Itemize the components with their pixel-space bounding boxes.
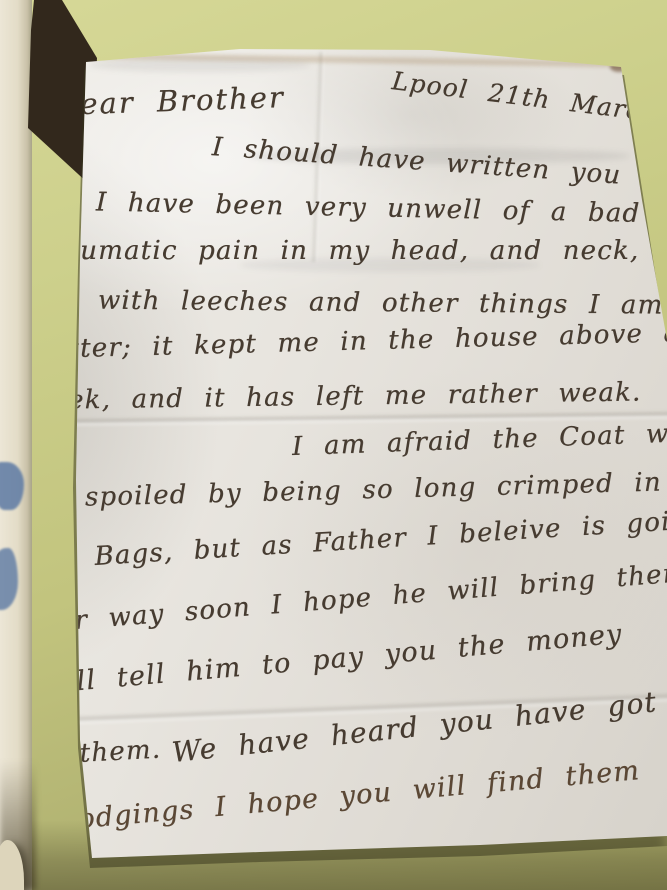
letter-line: new lodgings I hope you will find them <box>0 755 641 843</box>
letter-line: the Bags, but as Father I beleive is goi… <box>27 505 667 576</box>
letter-line: I should have written you before <box>211 132 667 198</box>
letter-line: I am afraid the Coat will <box>291 418 667 462</box>
letter-line: but I have been very unwell of a bad <box>28 186 641 229</box>
ink-showthrough <box>90 58 310 72</box>
letter-dateline: Lpool 21th March 1810 <box>390 66 667 138</box>
letter-line: We have heard you have got <box>170 685 658 769</box>
letter-line: week, and it has left me rather weak. <box>28 377 642 416</box>
browned-corner-spot <box>610 62 628 72</box>
letter-line: for them. <box>17 735 162 772</box>
letter-line: rheumatic pain in my head, and neck, <box>32 236 639 266</box>
letter-paper: Lpool 21th March 1810 Dear Brother I sho… <box>0 0 667 890</box>
letter-line: but with leeches and other things I am <box>30 285 664 321</box>
letter-line: be spoiled by being so long crimped in <box>30 467 662 514</box>
letter-line: better; it kept me in the house above a <box>34 318 667 365</box>
letter-photograph: Lpool 21th March 1810 Dear Brother I sho… <box>0 0 667 890</box>
letter-salutation: Dear Brother <box>54 80 285 122</box>
album-page-edge <box>0 0 32 890</box>
